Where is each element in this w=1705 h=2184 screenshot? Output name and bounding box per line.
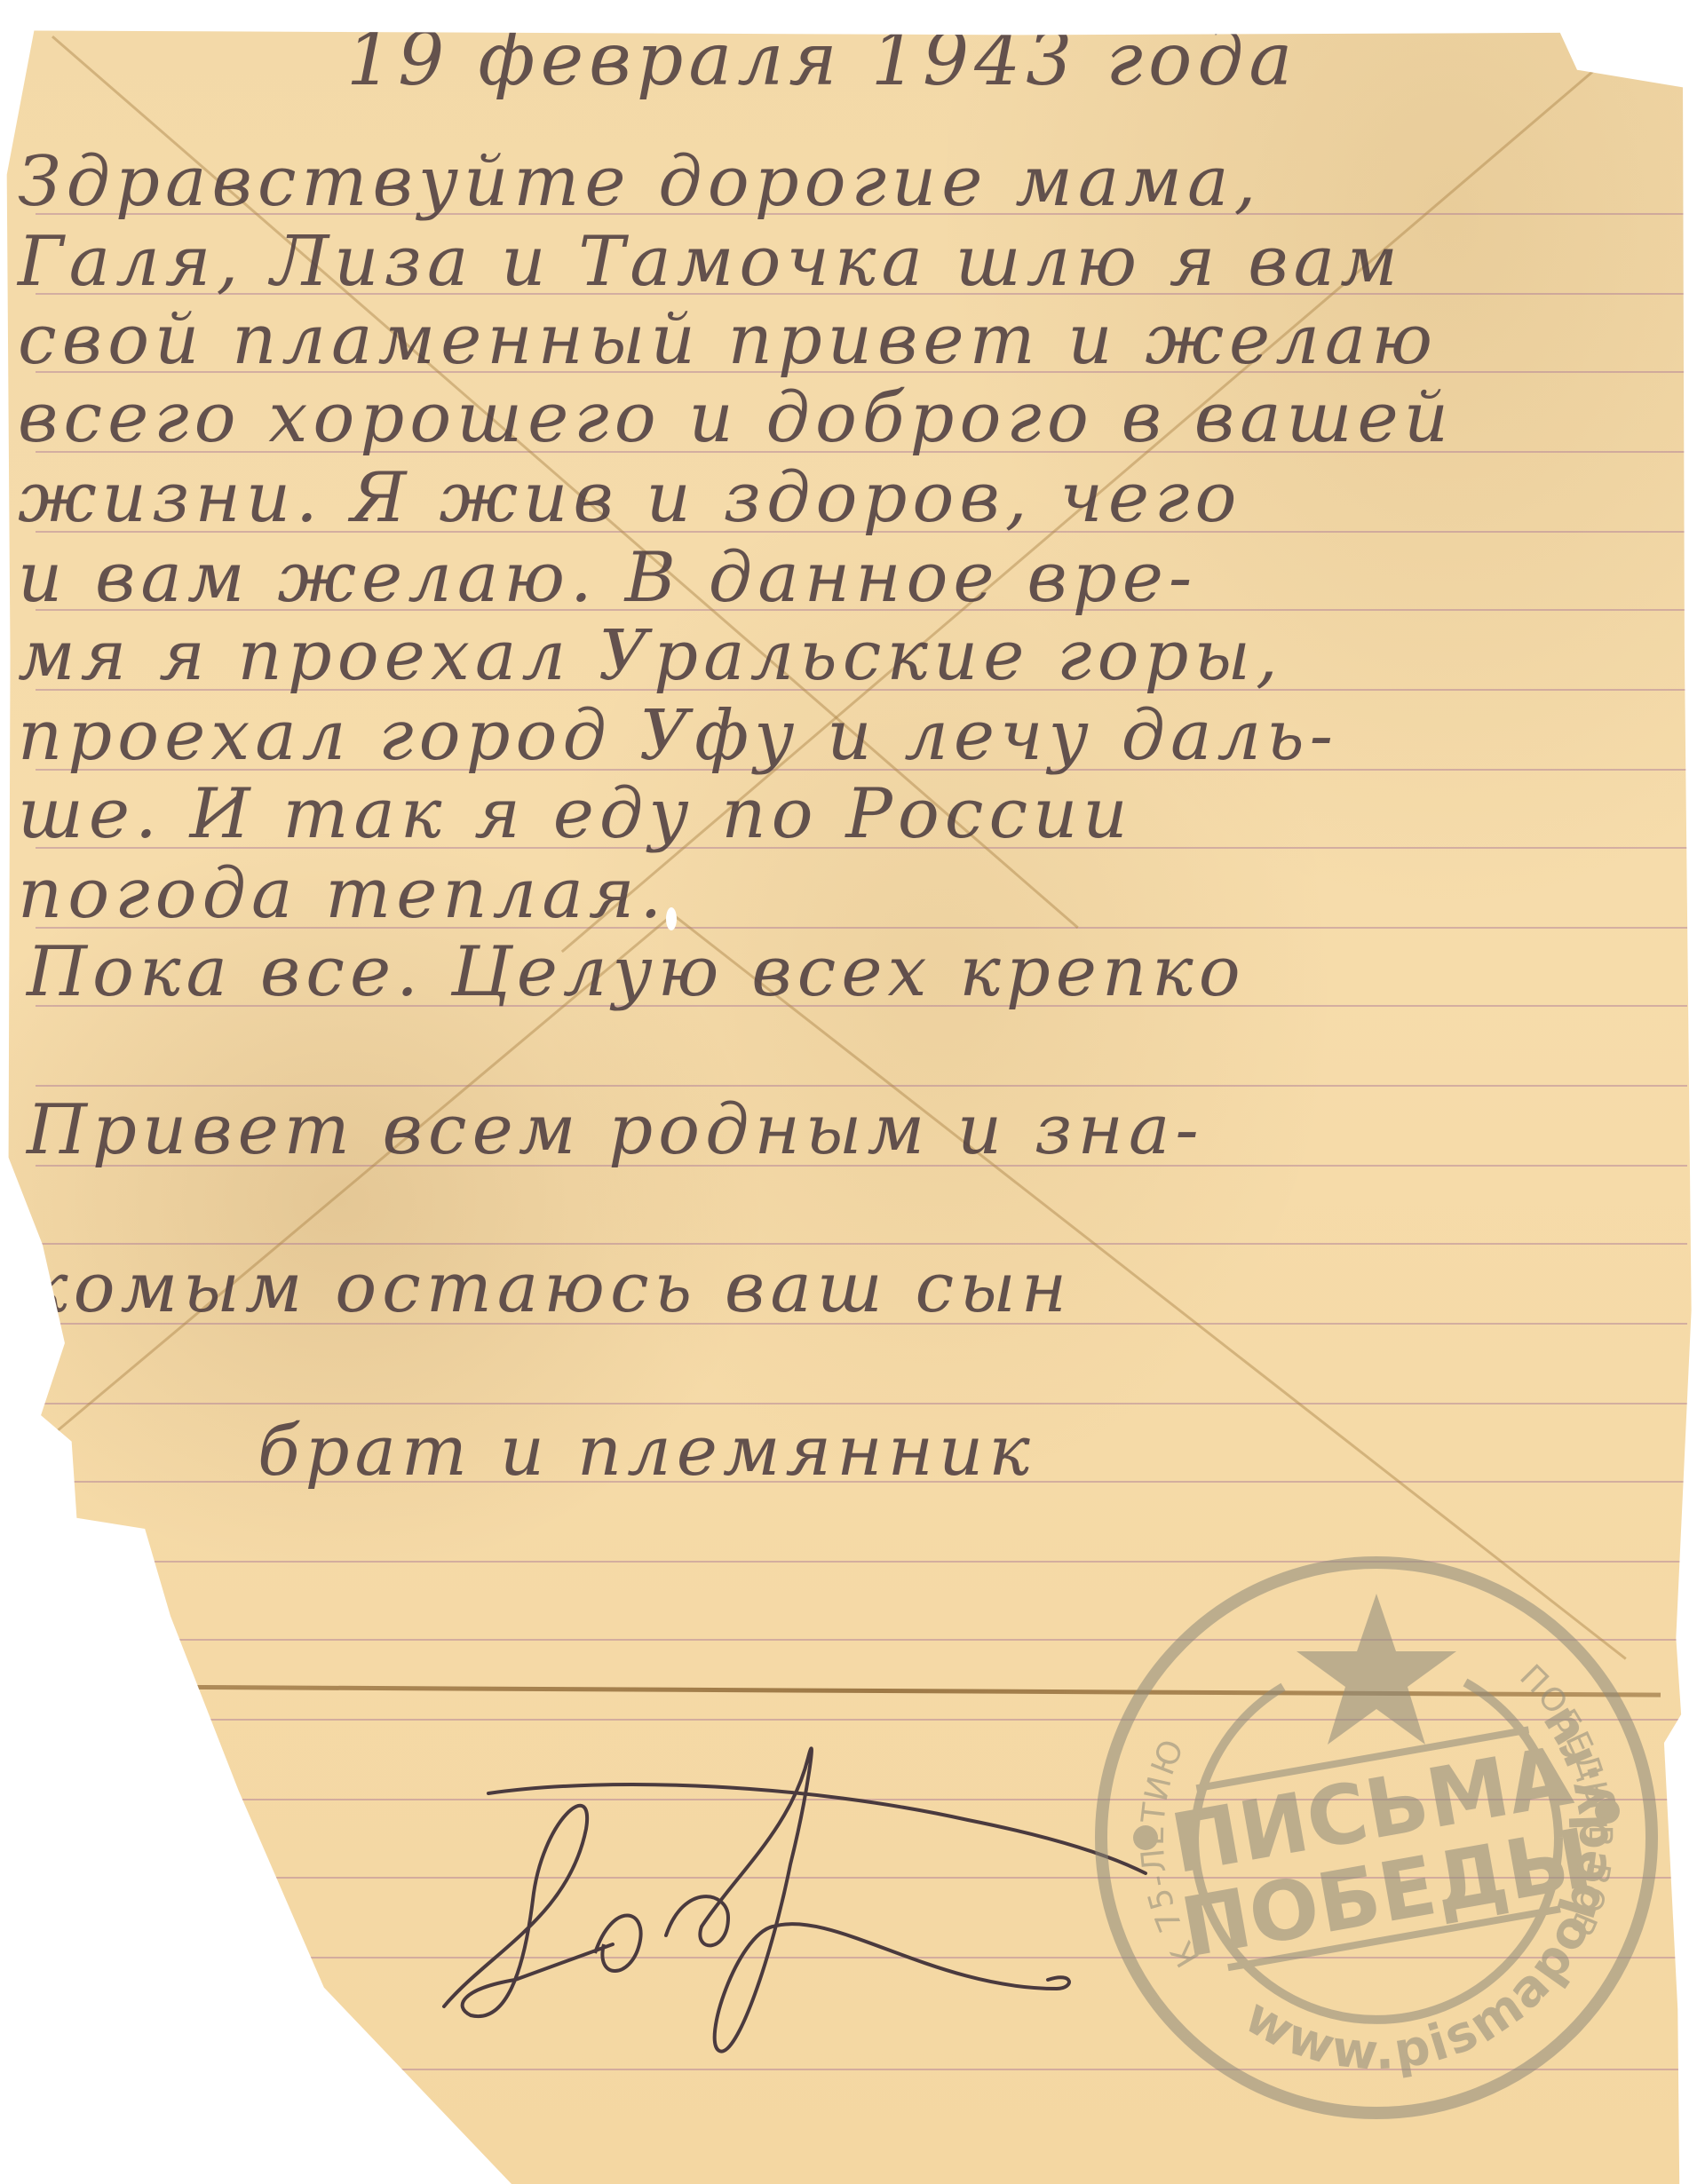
- letter-line: всего хорошего и доброго в вашей: [18, 378, 1454, 458]
- letter-line: брат и племянник: [258, 1412, 1035, 1492]
- letter-line: Здравствуйте дорогие мама,: [18, 142, 1261, 222]
- letter-line: и вам желаю. В данное вре-: [18, 538, 1197, 618]
- paper-hole: [666, 907, 677, 930]
- letter-line: комым остаюсь ваш сын: [27, 1248, 1072, 1328]
- letter-line: проехал город Уфу и лечу даль-: [18, 696, 1338, 776]
- letter-line: Привет всем родным и зна-: [27, 1090, 1204, 1170]
- letter-line: погода теплая.: [18, 854, 667, 934]
- letter-line: Галя, Лиза и Тамочка шлю я вам: [18, 222, 1403, 302]
- letter-line: Пока все. Целую всех крепко: [27, 932, 1246, 1012]
- ruled-line: [36, 1243, 1687, 1245]
- ruled-line: [36, 1403, 1687, 1405]
- letter-line: жизни. Я жив и здоров, чего: [18, 458, 1241, 538]
- letter-date: 19 февраля 1943 года: [346, 18, 1297, 102]
- ruled-line: [36, 1085, 1687, 1087]
- pismapobedy-stamp: К 75-ЛЕТИЮ ПОБЕДЫ В ВОВ ПИСЬМА ПОБЕДЫ ww…: [1083, 1545, 1669, 2131]
- signature: [435, 1722, 1163, 2077]
- letter-line: мя я проехал Уральские горы,: [18, 616, 1283, 696]
- letter-line: ше. И так я еду по России: [18, 774, 1133, 854]
- letter-line: свой пламенный привет и желаю: [18, 300, 1438, 380]
- star-icon: [1297, 1594, 1456, 1745]
